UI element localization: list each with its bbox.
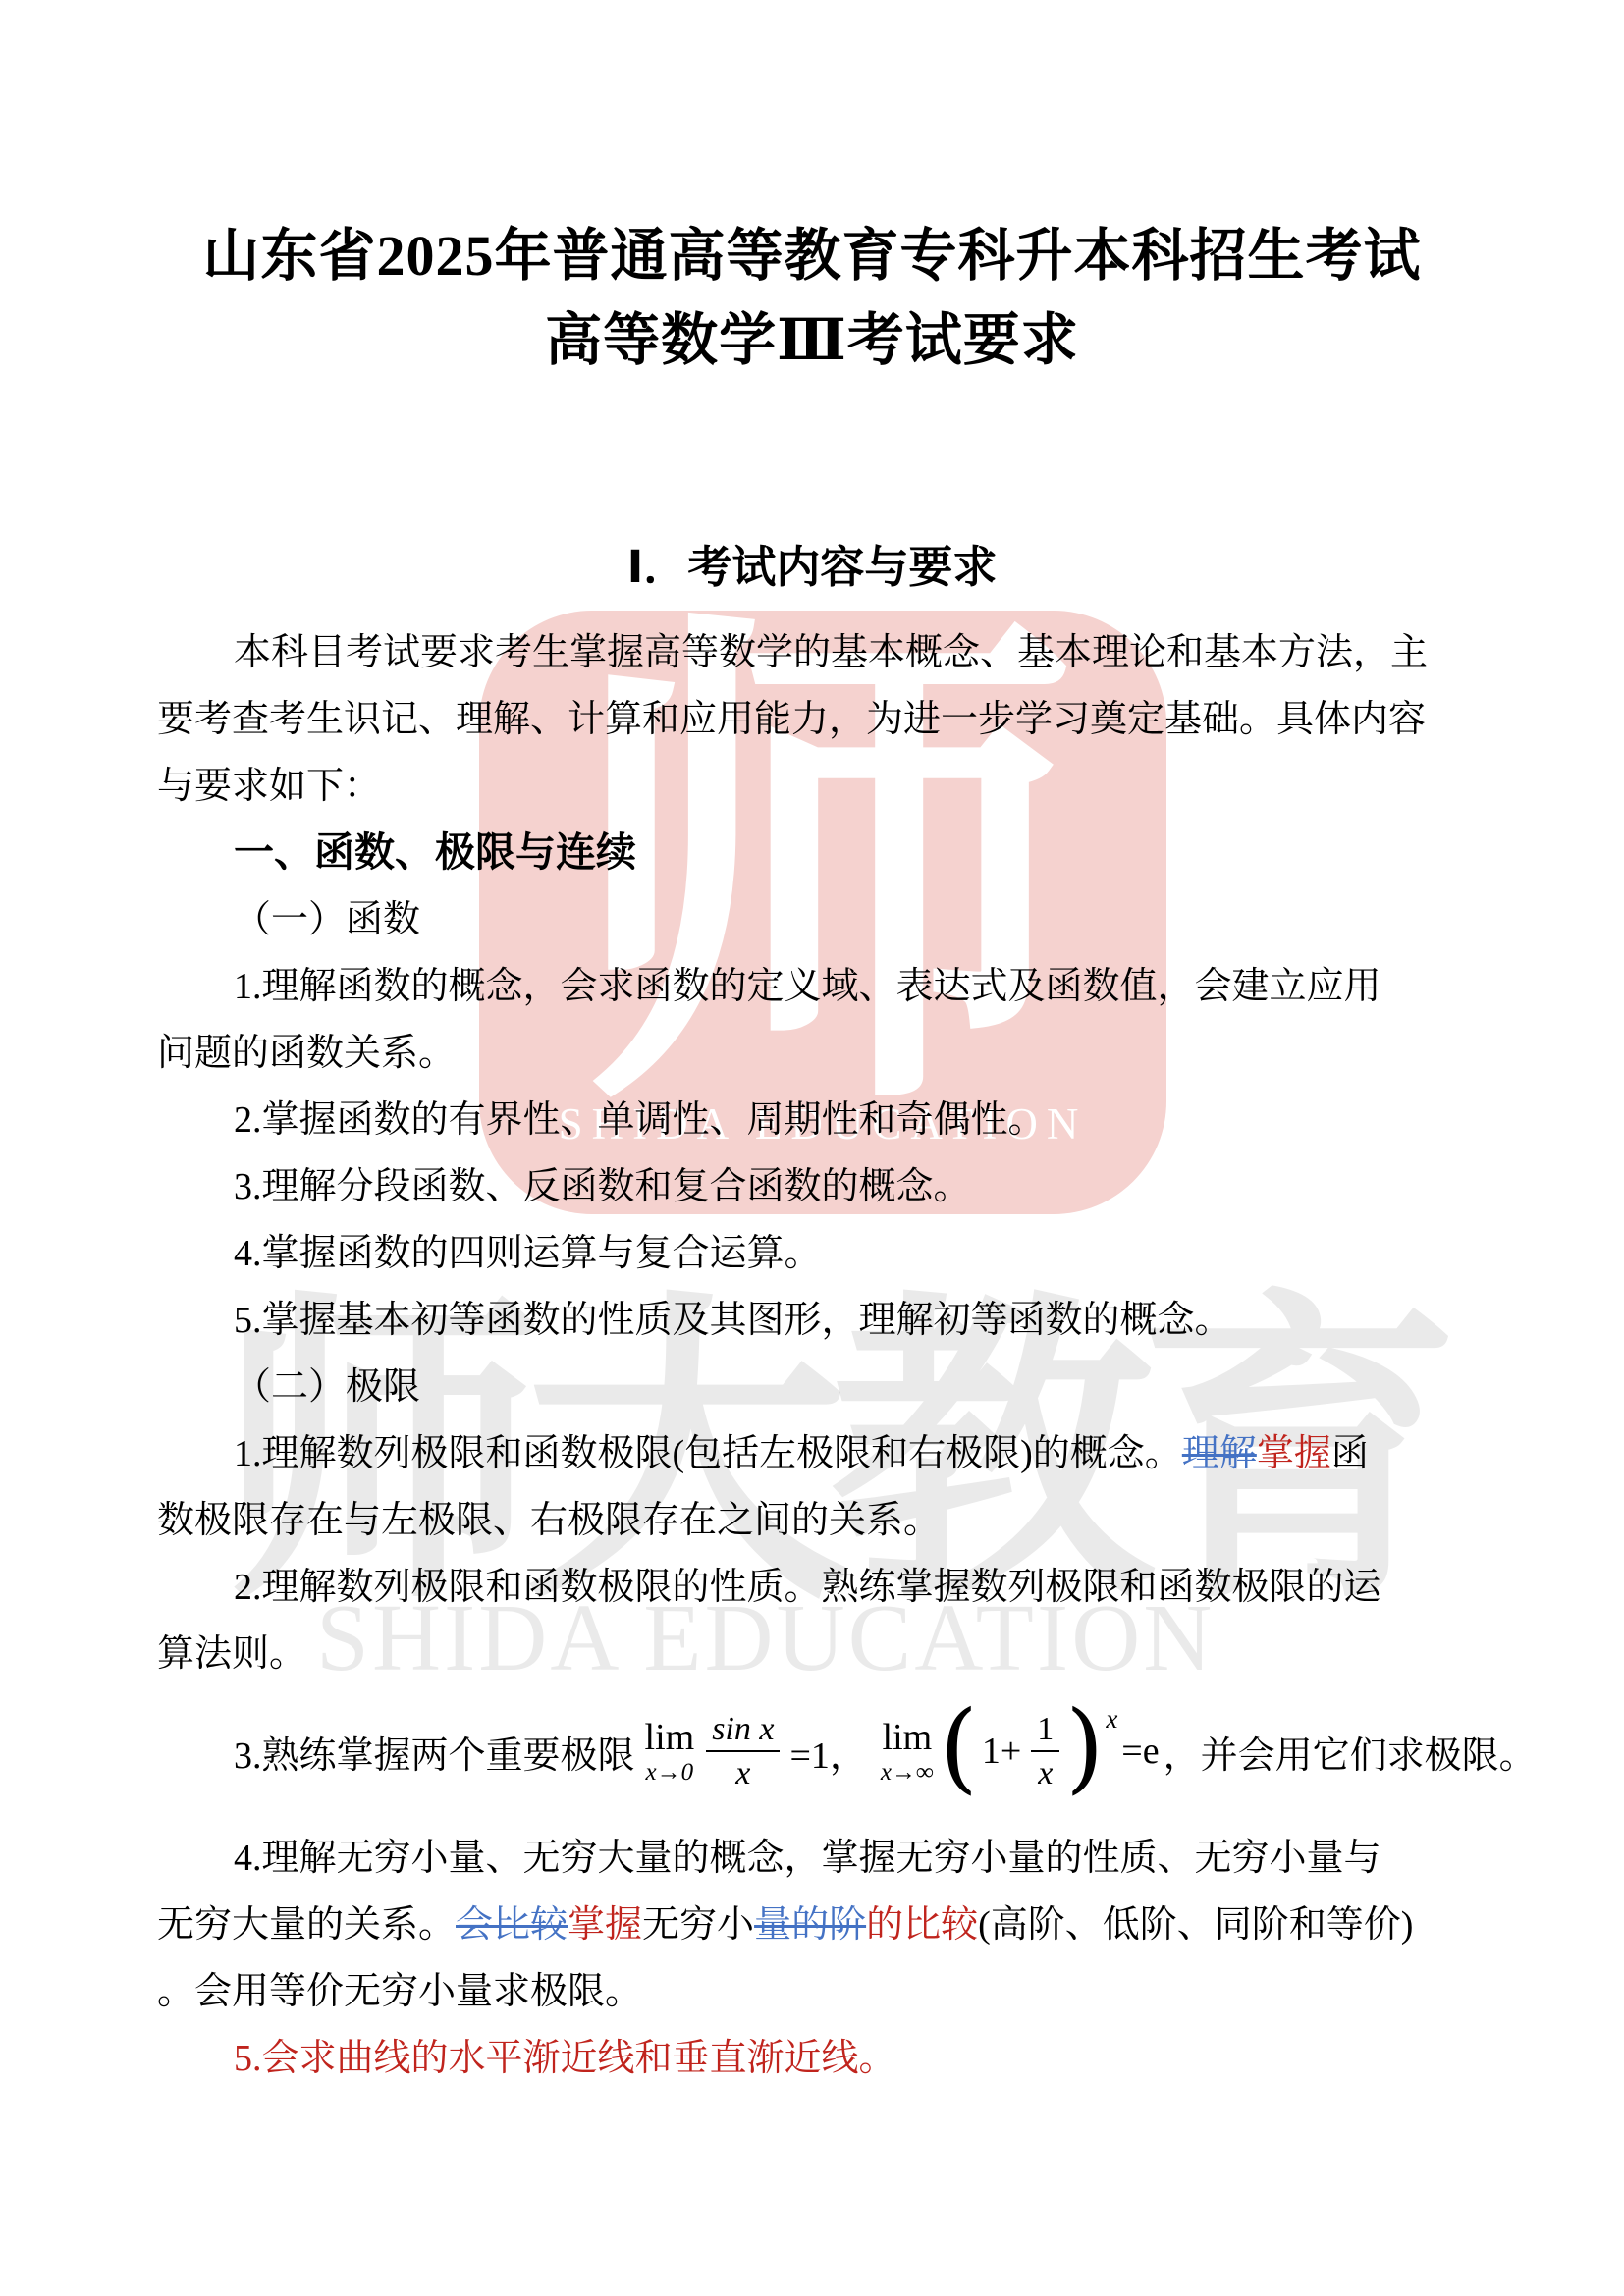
text-line: 本科目考试要求考生掌握高等数学的基本概念、基本理论和基本方法，主 [157, 614, 1471, 681]
text-segment: 2.掌握函数的有界性、单调性、周期性和奇偶性。 [234, 1089, 1046, 1143]
fraction-denominator: x [735, 1752, 750, 1792]
text-segment: 1.理解函数的概念，会求函数的定义域、表达式及函数值，会建立应用 [234, 955, 1381, 1009]
text-segment: 的比较 [866, 1894, 978, 1948]
text-line: 算法则。 [157, 1616, 1471, 1682]
text-line: （一）函数 [157, 881, 1471, 948]
text-segment: 会比较 [456, 1894, 568, 1948]
text-segment: 无穷小 [642, 1894, 754, 1948]
fraction-numerator: 1 [1031, 1710, 1059, 1752]
text-segment: 4.掌握函数的四则运算与复合运算。 [234, 1222, 822, 1276]
text-line: 数极限存在与左极限、右极限存在之间的关系。 [157, 1482, 1471, 1549]
limit-op-text: lim [883, 1719, 933, 1756]
text-segment: 5.掌握基本初等函数的性质及其图形，理解初等函数的概念。 [234, 1289, 1232, 1343]
text-segment: 数极限存在与左极限、右极限存在之间的关系。 [157, 1489, 941, 1543]
text-segment: 与要求如下： [157, 755, 381, 809]
text-segment: 3.理解分段函数、反函数和复合函数的概念。 [234, 1155, 971, 1209]
formula-math: limx→0sin xx=1，limx→∞(1+1x)x=e [635, 1702, 1164, 1800]
text-segment: 4.理解无穷小量、无穷大量的概念，掌握无穷小量的性质、无穷小量与 [234, 1827, 1381, 1881]
text-segment: 5.会求曲线的水平渐近线和垂直渐近线。 [234, 2027, 896, 2081]
text-line: 5.会求曲线的水平渐近线和垂直渐近线。 [157, 2020, 1471, 2087]
formula-suffix: ，并会用它们求极限。 [1164, 1725, 1537, 1779]
limit-subscript: x→0 [646, 1760, 694, 1785]
text-line: 2.掌握函数的有界性、单调性、周期性和奇偶性。 [157, 1082, 1471, 1148]
limit-op-text: lim [645, 1719, 695, 1756]
limit-subscript: x→∞ [881, 1760, 934, 1785]
text-line: 2.理解数列极限和函数极限的性质。熟练掌握数列极限和函数极限的运 [157, 1549, 1471, 1616]
text-line: 1.理解数列极限和函数极限(包括左极限和右极限)的概念。理解掌握函 [157, 1415, 1471, 1482]
document-title: 山东省2025年普通高等教育专科升本科招生考试 高等数学Ⅲ考试要求 [0, 214, 1624, 383]
text-segment: 1.理解数列极限和函数极限(包括左极限和右极限)的概念。 [234, 1422, 1182, 1476]
text-line: 1.理解函数的概念，会求函数的定义域、表达式及函数值，会建立应用 [157, 948, 1471, 1015]
document-body: 本科目考试要求考生掌握高等数学的基本概念、基本理论和基本方法，主要考查考生识记、… [157, 614, 1471, 2087]
text-segment: 本科目考试要求考生掌握高等数学的基本概念、基本理论和基本方法，主 [234, 621, 1428, 675]
fraction: 1x [1031, 1710, 1059, 1792]
text-line: （二）极限 [157, 1349, 1471, 1415]
equals-e: =e [1121, 1730, 1159, 1773]
text-segment: 要考查考生识记、理解、计算和应用能力，为进一步学习奠定基础。具体内容 [157, 688, 1426, 742]
text-segment: 无穷大量的关系。 [157, 1894, 456, 1948]
text-segment: 。会用等价无穷小量求极限。 [157, 1960, 642, 2014]
exponent: x [1106, 1704, 1117, 1735]
text-segment: 一、函数、极限与连续 [234, 820, 636, 878]
text-segment: 理解 [1182, 1422, 1257, 1476]
text-segment: 量的阶 [754, 1894, 866, 1948]
text-segment: 2.理解数列极限和函数极限的性质。熟练掌握数列极限和函数极限的运 [234, 1556, 1381, 1610]
text-line: 5.掌握基本初等函数的性质及其图形，理解初等函数的概念。 [157, 1282, 1471, 1349]
text-line: 要考查考生识记、理解、计算和应用能力，为进一步学习奠定基础。具体内容 [157, 681, 1471, 748]
open-paren: ( [940, 1698, 978, 1796]
title-line-2: 高等数学Ⅲ考试要求 [0, 298, 1624, 383]
fraction-denominator: x [1038, 1752, 1053, 1792]
text-segment: （二）极限 [234, 1356, 420, 1410]
text-segment: 问题的函数关系。 [157, 1022, 456, 1076]
equals-one: =1， [789, 1725, 866, 1779]
close-paren: ) [1065, 1698, 1104, 1796]
limit-operator: limx→0 [645, 1719, 695, 1785]
limit-operator: limx→∞ [881, 1719, 934, 1785]
text-line: 3.理解分段函数、反函数和复合函数的概念。 [157, 1148, 1471, 1215]
fraction-numerator: sin x [706, 1710, 780, 1752]
inner-expression: 1+ [982, 1730, 1021, 1773]
text-line: 一、函数、极限与连续 [157, 815, 1471, 881]
text-segment: 算法则。 [157, 1623, 306, 1677]
title-line-1: 山东省2025年普通高等教育专科升本科招生考试 [0, 214, 1624, 298]
text-segment: 掌握 [568, 1894, 642, 1948]
text-segment: 函 [1331, 1422, 1369, 1476]
text-line: 3.熟练掌握两个重要极限limx→0sin xx=1，limx→∞(1+1x)x… [157, 1682, 1471, 1820]
text-line: 4.理解无穷小量、无穷大量的概念，掌握无穷小量的性质、无穷小量与 [157, 1820, 1471, 1887]
text-segment: 掌握 [1257, 1422, 1331, 1476]
formula-prefix: 3.熟练掌握两个重要极限 [234, 1725, 635, 1779]
text-line: 4.掌握函数的四则运算与复合运算。 [157, 1215, 1471, 1282]
fraction: sin xx [706, 1710, 780, 1792]
text-line: 与要求如下： [157, 748, 1471, 815]
document-page: 师 SHIDA EDUCATION 师大教育 SHIDA EDUCATION 山… [0, 0, 1624, 2296]
section-heading: Ⅰ．考试内容与要求 [0, 540, 1624, 595]
text-segment: （一）函数 [234, 888, 420, 942]
text-line: 问题的函数关系。 [157, 1015, 1471, 1082]
text-line: 无穷大量的关系。会比较掌握无穷小量的阶的比较(高阶、低阶、同阶和等价) [157, 1887, 1471, 1953]
text-segment: (高阶、低阶、同阶和等价) [978, 1894, 1413, 1948]
text-line: 。会用等价无穷小量求极限。 [157, 1953, 1471, 2020]
